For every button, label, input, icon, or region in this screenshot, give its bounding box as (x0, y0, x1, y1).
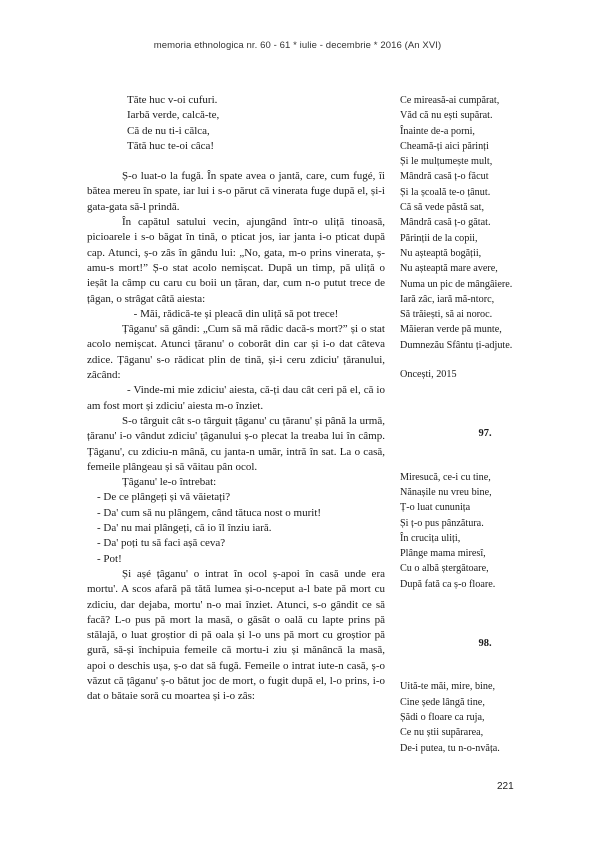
verse-line: Șădi o floare ca ruja, (400, 710, 570, 725)
song-98: Uită-te măi, mire, bine, Cine șede lângă… (400, 679, 570, 755)
verse-line: Ce mireasă-ai cumpărat, (400, 93, 570, 108)
verse-line: Că de nu ti-i călca, (127, 124, 385, 139)
song-number: 98. (400, 636, 570, 651)
verse-stanza: Tăte huc v-oi cufuri. Iarbă verde, calcă… (127, 93, 385, 154)
dialogue-line: - Da' poți tu să faci așă ceva? (97, 536, 385, 551)
verse-line: Măieran verde pă munte, (400, 322, 570, 337)
dialogue-line: - Da' nu mai plângeți, că io îl înziu ia… (97, 521, 385, 536)
verse-line: Și le mulțumește mult, (400, 154, 570, 169)
verse-line: Numa un pic de mângâiere. (400, 277, 570, 292)
verse-line: Cine șede lângă tine, (400, 695, 570, 710)
verse-line: Miresucă, ce-i cu tine, (400, 470, 570, 485)
paragraph: Ș-o luat-o la fugă. În spate avea o jant… (87, 169, 385, 215)
paragraph: Și așé țâganu' o intrat în ocol ș-apoi î… (87, 567, 385, 705)
verse-line: Iarbă verde, calcă-te, (127, 108, 385, 123)
verse-line: Uită-te măi, mire, bine, (400, 679, 570, 694)
verse-line: Și ț-o pus pânzătura. (400, 516, 570, 531)
verse-line: Mândră casă ț-o gătat. (400, 215, 570, 230)
verse-line: Tătă huc te-oi câca! (127, 139, 385, 154)
verse-line: Să trăiești, să ai noroc. (400, 307, 570, 322)
verse-line: După fată ca ș-o floare. (400, 577, 570, 592)
verse-line: Mândră casă ț-o făcut (400, 169, 570, 184)
dialogue-line: - Pot! (97, 552, 385, 567)
verse-line: Iară zâc, iară mă-ntorc, (400, 292, 570, 307)
place-date: Oncești, 2015 (400, 367, 570, 382)
paragraph: S-o târguit cât s-o târguit țâganu' cu ț… (87, 414, 385, 475)
verse-line: Dumnezău Sfântu ți-adjute. (400, 338, 570, 353)
verse-line: Nu așteaptă bogății, (400, 246, 570, 261)
dialogue-line: - De ce plângeți și vă văietați? (97, 490, 385, 505)
paragraph: Țâganu' să gândi: „Cum să mă rădic dacă-… (87, 322, 385, 383)
song-97: Miresucă, ce-i cu tine, Nănașile nu vreu… (400, 470, 570, 592)
dialogue-line: - Măi, rădică-te și pleacă din uliță să … (87, 307, 385, 322)
paragraph: În capătul satului vecin, ajungând într-… (87, 215, 385, 307)
verse-line: În crucița uliți, (400, 531, 570, 546)
verse-line: Cu o albă ștergătoare, (400, 561, 570, 576)
verse-line: Văd că nu ești supărat. (400, 108, 570, 123)
verse-line: Că să vede păstă sat, (400, 200, 570, 215)
right-column: Ce mireasă-ai cumpărat, Văd că nu ești s… (400, 93, 570, 756)
verse-line: Plânge mama miresî, (400, 546, 570, 561)
dialogue-line: - Da' cum să nu plângem, când tătuca nos… (97, 506, 385, 521)
song-96-continuation: Ce mireasă-ai cumpărat, Văd că nu ești s… (400, 93, 570, 353)
verse-line: Înainte de-a porni, (400, 124, 570, 139)
dialogue-paragraph: - Vinde-mi mie zdiciu' aiesta, că-ți dau… (87, 383, 385, 414)
verse-line: Tăte huc v-oi cufuri. (127, 93, 385, 108)
verse-line: Cheamă-ți aici părinți (400, 139, 570, 154)
verse-line: Nănașile nu vreu bine, (400, 485, 570, 500)
dialogue-intro: Țâganu' le-o întrebat: (87, 475, 385, 490)
verse-line: Ce nu știi supărarea, (400, 725, 570, 740)
running-header: memoria ethnologica nr. 60 - 61 * iulie … (0, 40, 595, 51)
verse-line: Nu așteaptă mare avere, (400, 261, 570, 276)
verse-line: Ț-o luat cununița (400, 500, 570, 515)
page-number: 221 (497, 781, 514, 792)
song-number: 97. (400, 426, 570, 441)
verse-line: Părinții de la copii, (400, 231, 570, 246)
verse-line: Și la școală te-o țânut. (400, 185, 570, 200)
verse-line: De-i putea, tu n-o-nvăța. (400, 741, 570, 756)
left-column: Tăte huc v-oi cufuri. Iarbă verde, calcă… (87, 93, 385, 705)
dialogue-list: - De ce plângeți și vă văietați? - Da' c… (87, 490, 385, 566)
